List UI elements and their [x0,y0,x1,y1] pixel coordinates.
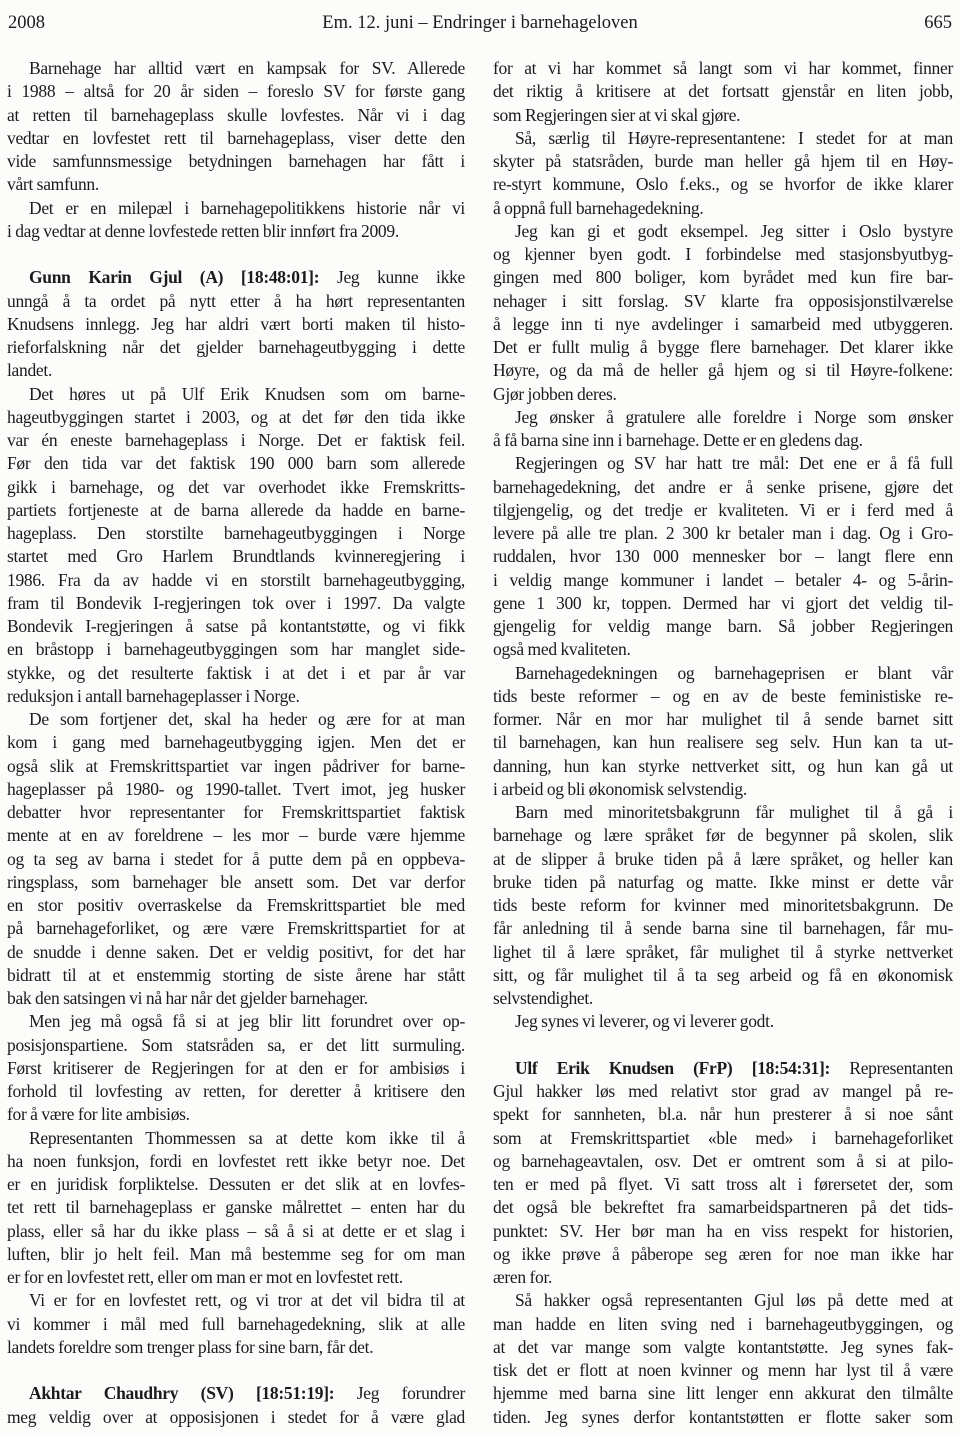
text-line: Gunn Karin Gjul (A) [18:48:01]: Jeg kunn… [7,266,465,289]
text-line: en bråstopp i barnehageutbyggingen som h… [7,638,465,661]
text-line: sitt, og får mulighet til å ta seg arbei… [493,964,953,987]
paragraph: Jeg synes vi leverer, og vi leverer godt… [493,1010,953,1033]
text-line: som at Fremskrittspartiet «ble med» i ba… [493,1127,953,1150]
text-line: hageplass. Den storstilte barnehageutbyg… [7,522,465,545]
text-line: meg veldig over at opposisjonen i stedet… [7,1406,465,1429]
text-line: er en juridisk forpliktelse. Dessuten er… [7,1173,465,1196]
text-line: Akhtar Chaudhry (SV) [18:51:19]: Jeg for… [7,1382,465,1405]
paragraph: Jeg ønsker å gratulere alle foreldre i N… [493,406,953,453]
text-line: partiets fortjeneste at de barna allered… [7,499,465,522]
text-line: og barnehageavtalen, osv. Det er omtrent… [493,1150,953,1173]
text-line: det riktig å kritisere at det fortsatt g… [493,80,953,103]
text-line: selvstendighet. [493,987,953,1010]
speech-paragraph: Akhtar Chaudhry (SV) [18:51:19]: Jeg for… [7,1382,465,1429]
text-line: tiden. Jeg synes derfor kontantstøtten e… [493,1406,953,1429]
text-line: debatter hvor representanter for Fremskr… [7,801,465,824]
text-line: til barnehagen, kan hun realisere seg se… [493,731,953,754]
text-line: gene 1 300 kr, toppen. Dermed har vi gjo… [493,592,953,615]
text-line: også slik at Fremskrittspartiet var inge… [7,755,465,778]
text-line: nehager i sitt forslag. SV klarte fra op… [493,290,953,313]
text-line: Regjeringen og SV har hatt tre mål: Det … [493,452,953,475]
text-line: i dag vedtar at denne lovfestede retten … [7,220,465,243]
header-page-number: 665 [924,11,952,35]
text-line: Det høres ut på Ulf Erik Knudsen som om … [7,383,465,406]
text-line: stykke, og det resulterte faktisk i at d… [7,662,465,685]
text-line: Først kritiserer de Regjeringen for at d… [7,1057,465,1080]
text-line: Vi er for en lovfestet rett, og vi tror … [7,1289,465,1312]
text-line: ruddalen, hvor 130 000 mennesker bor – l… [493,545,953,568]
paragraph: Men jeg må også få si at jeg blir litt f… [7,1010,465,1126]
text-line: bruke tiden på naturfag og matte. Ikke m… [493,871,953,894]
paragraph: Barn med minoritetsbakgrunn får mulighet… [493,801,953,1010]
text-line: Knudsens innlegg. Jeg har aldri vært bor… [7,313,465,336]
text-line: Gjul hakker løs med relativt stor grad a… [493,1080,953,1103]
text-line: bak den satsingen vi nå har når det gjel… [7,987,465,1010]
text-line: vårt samfunn. [7,173,465,196]
text-line: barnehage og lære språket før de begynne… [493,824,953,847]
paragraph-spacer [7,243,465,266]
text-line: at de slipper å bruke tiden på å lære sp… [493,848,953,871]
text-line: og kjenner byen godt. I forbindelse med … [493,243,953,266]
text-line: Barnehagedekningen og barnehageprisen er… [493,662,953,685]
text-line: er for en lovfestet rett, eller om man e… [7,1266,465,1289]
text-line: man hadde en liten sving ned i barnehage… [493,1313,953,1336]
text-line: Det er en milepæl i barnehagepolitikkens… [7,197,465,220]
text-line: at det var mange som valgte kontantstøtt… [493,1336,953,1359]
paragraph: for at vi har kommet så langt som vi har… [493,57,953,127]
text-line: plass, eller så har du ikke plass – så å… [7,1220,465,1243]
speech-paragraph: Gunn Karin Gjul (A) [18:48:01]: Jeg kunn… [7,266,465,382]
text-line: hjemme med barna sine litt lenger enn ak… [493,1382,953,1405]
text-line: vide samfunnsmessige betydningen barneha… [7,150,465,173]
paragraph: Så hakker også representanten Gjul løs p… [493,1289,953,1429]
text-line: lighet til å lære språket, får mulighet … [493,941,953,964]
text-line: spekt for sannheten, bl.a. når hun prest… [493,1103,953,1126]
text-line: var én eneste barnehageplass i Norge. De… [7,429,465,452]
text-line: Men jeg må også få si at jeg blir litt f… [7,1010,465,1033]
text-line: Ulf Erik Knudsen (FrP) [18:54:31]: Repre… [493,1057,953,1080]
paragraph: Det høres ut på Ulf Erik Knudsen som om … [7,383,465,709]
paragraph: Barnehagedekningen og barnehageprisen er… [493,662,953,802]
paragraph: Vi er for en lovfestet rett, og vi tror … [7,1289,465,1359]
text-line: De som fortjener det, skal ha heder og æ… [7,708,465,731]
page-header: 2008 Em. 12. juni – Endringer i barnehag… [8,11,952,35]
text-line: punktet: SV. Her bør man ha en viss resp… [493,1220,953,1243]
text-line: luften, blir jo helt feil. Man må bestem… [7,1243,465,1266]
text-line: tet rett til barnehageplass er ganske må… [7,1196,465,1219]
text-line: mente at en av foreldrene – les mor – bu… [7,824,465,847]
text-line: Jeg kan gi et godt eksempel. Jeg sitter … [493,220,953,243]
text-line: og ikke prøve å påberope seg æren for no… [493,1243,953,1266]
speech-paragraph: Ulf Erik Knudsen (FrP) [18:54:31]: Repre… [493,1057,953,1290]
text-line: og ta seg av barna i stedet for å putte … [7,848,465,871]
text-line: hageutbyggingen startet i 2003, og at de… [7,406,465,429]
text-line: tisk det er flott at noen kvinner og men… [493,1359,953,1382]
speaker-name: Gunn Karin Gjul (A) [18:48:01]: [29,267,319,287]
text-line: også med kvaliteten. [493,638,953,661]
text-line: gingen med 800 boliger, kom byrådet med … [493,266,953,289]
text-line: gikk i barnehage, og det var overhodet i… [7,476,465,499]
text-line: 1986. Fra da av hadde vi en storstilt ba… [7,569,465,592]
text-line: rieforfalskning når det gjelder barnehag… [7,336,465,359]
text-line: en stor positiv overraskelse da Fremskri… [7,894,465,917]
text-line: Så hakker også representanten Gjul løs p… [493,1289,953,1312]
text-line: det også ble bekreftet fra samarbeidspar… [493,1196,953,1219]
column-right: for at vi har kommet så langt som vi har… [493,57,953,1429]
paragraph-spacer [7,1359,465,1382]
text-line: unngå å ta ordet på nytt etter å ha hørt… [7,290,465,313]
text-line: på barnehageforliket, og ære være Fremsk… [7,917,465,940]
text-line: ringsplass, som barnehager ble ansett so… [7,871,465,894]
text-line: Jeg synes vi leverer, og vi leverer godt… [493,1010,953,1033]
speaker-name: Akhtar Chaudhry (SV) [18:51:19]: [29,1383,334,1403]
text-line: landet. [7,359,465,382]
paragraph: Regjeringen og SV har hatt tre mål: Det … [493,452,953,661]
text-line: vedtar en lovfestet rett til barnehagepl… [7,127,465,150]
text-line: Representanten Thommessen sa at dette ko… [7,1127,465,1150]
text-line: Barn med minoritetsbakgrunn får mulighet… [493,801,953,824]
text-line: i 1988 – altså for 20 år siden – foreslo… [7,80,465,103]
header-title: Em. 12. juni – Endringer i barnehagelove… [8,11,952,35]
text-line: Gjør jobben deres. [493,383,953,406]
text-line: skyter på statsråden, burde man heller g… [493,150,953,173]
text-line: som Regjeringen sier at vi skal gjøre. [493,104,953,127]
text-line: tids beste reform for kvinner med minori… [493,894,953,917]
text-line: posisjonspartiene. Som statsråden sa, er… [7,1034,465,1057]
text-line: Før den tida var det faktisk 190 000 bar… [7,452,465,475]
text-line: former. Når en mor har mulighet til å se… [493,708,953,731]
text-line: for å være for lite ambisiøs. [7,1103,465,1126]
text-line: Det er fullt mulig å bygge flere barneha… [493,336,953,359]
text-line: Høyre, og da må de heller gå hjem og si … [493,359,953,382]
paragraph: Barnehage har alltid vært en kampsak for… [7,57,465,197]
text-line: re-styrt kommune, Oslo f.eks., og se hvo… [493,173,953,196]
text-line: Bondevik I-regjeringen å satse på kontan… [7,615,465,638]
text-line: ten er med på flyet. Vi satt tross alt i… [493,1173,953,1196]
paragraph: Så, særlig til Høyre-representantene: I … [493,127,953,220]
paragraph: De som fortjener det, skal ha heder og æ… [7,708,465,1010]
text-line: fram til Bondevik I-regjeringen tok over… [7,592,465,615]
paragraph: Jeg kan gi et godt eksempel. Jeg sitter … [493,220,953,406]
text-line: reduksjon i antall barnehageplasser i No… [7,685,465,708]
text-line: å oppnå full barnehagedekning. [493,197,953,220]
text-line: å legge inn ti nye avdelinger i samarbei… [493,313,953,336]
text-line: å få barna sine inn i barnehage. Dette e… [493,429,953,452]
speaker-name: Ulf Erik Knudsen (FrP) [18:54:31]: [515,1058,830,1078]
text-line: tids beste reformer – og en av de beste … [493,685,953,708]
paragraph-spacer [493,1034,953,1057]
text-line: Så, særlig til Høyre-representantene: I … [493,127,953,150]
text-line: landets foreldre som trenger plass for s… [7,1336,465,1359]
paragraph: Det er en milepæl i barnehagepolitikkens… [7,197,465,244]
text-line: ha noen funksjon, fordi en lovfestet ret… [7,1150,465,1173]
text-line: bidratt til at et enstemmig storting de … [7,964,465,987]
text-line: i veldig mange kommuner i landet – betal… [493,569,953,592]
text-line: vi kommer i mål med full barnehagedeknin… [7,1313,465,1336]
text-line: startet med Gro Harlem Brundtlands kvinn… [7,545,465,568]
text-line: levere på alle tre plan. 2 300 kr betale… [493,522,953,545]
text-line: i arbeid og bli økonomisk selvstendig. [493,778,953,801]
text-line: for at vi har kommet så langt som vi har… [493,57,953,80]
paragraph: Representanten Thommessen sa at dette ko… [7,1127,465,1290]
proceedings-page: 2008 Em. 12. juni – Endringer i barnehag… [0,0,960,1434]
text-line: æren for. [493,1266,953,1289]
text-line: barnehagedekning, det andre er å senke p… [493,476,953,499]
text-line: forhold til lovfesting av retten, for de… [7,1080,465,1103]
text-line: Jeg ønsker å gratulere alle foreldre i N… [493,406,953,429]
text-line: hageplasser på 1980- og 1990-tallet. Tve… [7,778,465,801]
text-line: kom i gang med barnehageutbygging igjen.… [7,731,465,754]
text-line: danning, hun kan styrke nettverket sitt,… [493,755,953,778]
text-line: tilgjengelig, og det tredje er kvalitete… [493,499,953,522]
text-line: de snudde i denne saken. Det er veldig p… [7,941,465,964]
text-line: gjengelig for veldig mange barn. Så jobb… [493,615,953,638]
text-line: får anledning til å sende barna sine til… [493,917,953,940]
text-line: at retten til barnehageplass skulle lovf… [7,104,465,127]
column-left: Barnehage har alltid vært en kampsak for… [7,57,465,1429]
text-line: Barnehage har alltid vært en kampsak for… [7,57,465,80]
